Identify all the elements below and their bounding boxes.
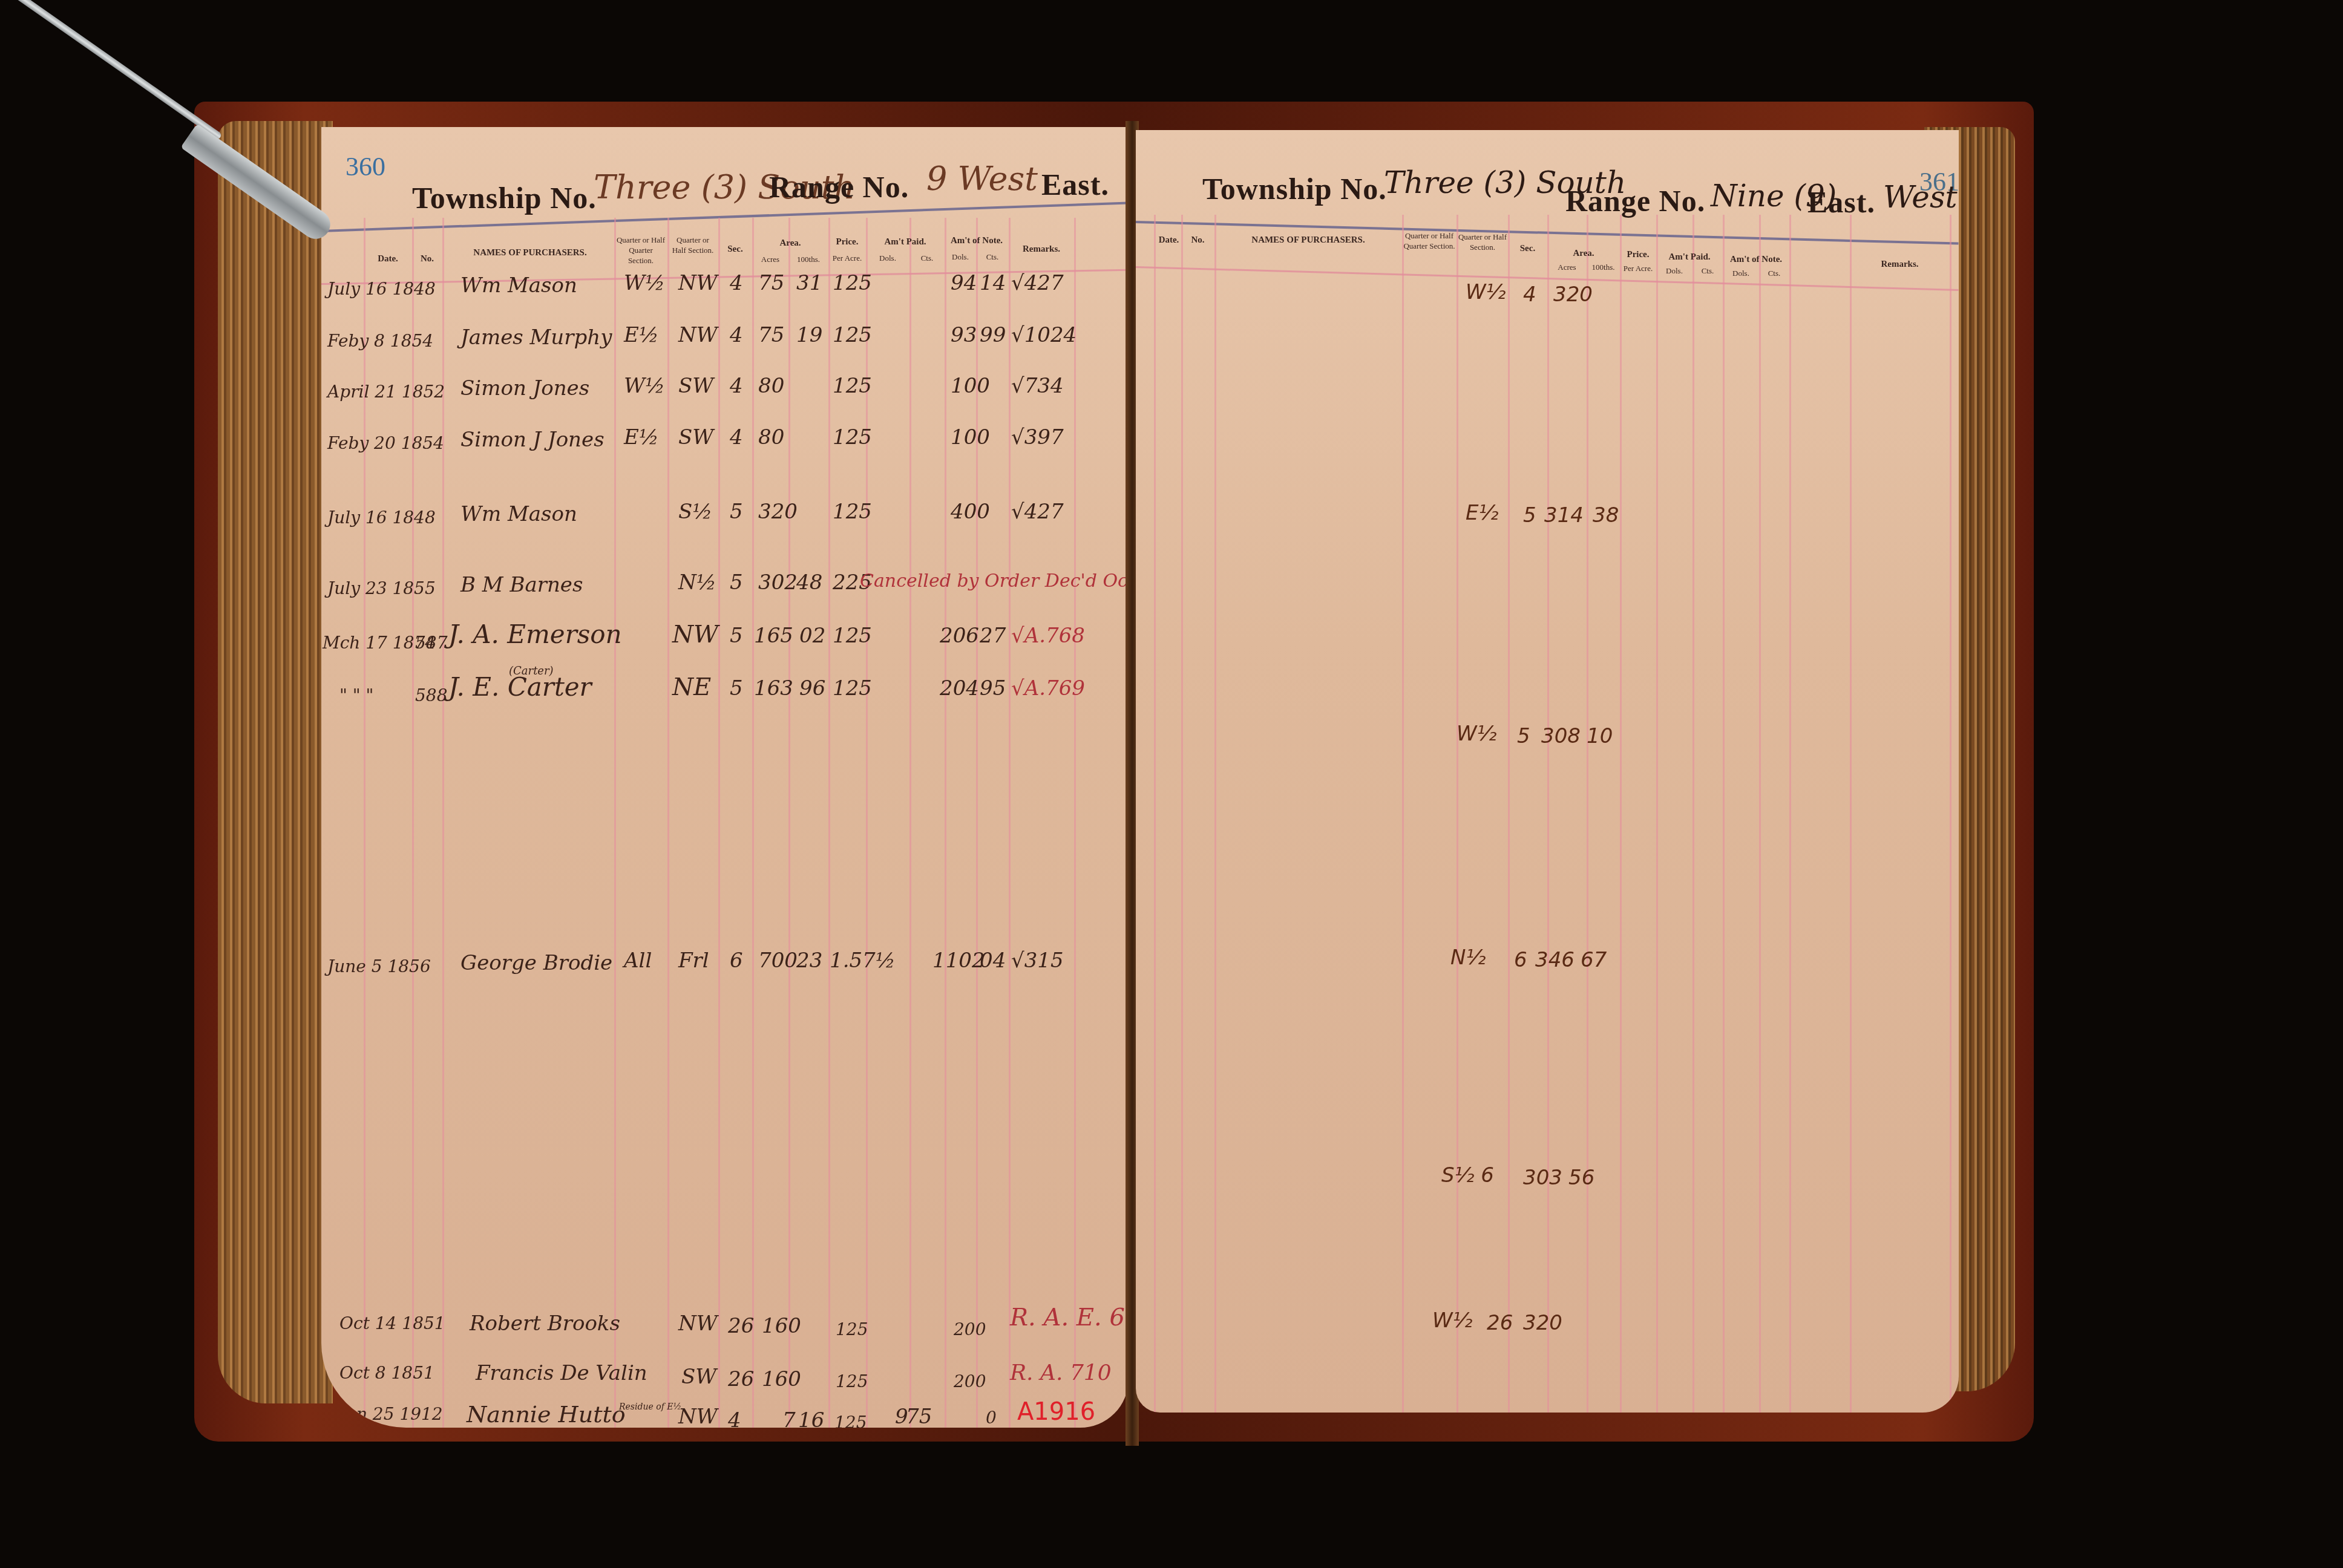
row-qh: NW — [678, 1313, 718, 1334]
col-amt-note: Am't of Note. — [945, 236, 1009, 246]
row-date: Oct 8 1851 — [339, 1362, 434, 1384]
row-price: 125 — [833, 272, 872, 294]
row-remarks: √A.769 — [1011, 678, 1085, 699]
row-remarks: √1024 — [1011, 324, 1076, 346]
row-qh: NW — [678, 272, 718, 294]
row-remarks: R. A. 710 — [1010, 1362, 1112, 1384]
row-sec: 5 — [730, 678, 743, 699]
row-acres: 320 — [1523, 1312, 1562, 1334]
row-qhq: All — [624, 950, 652, 972]
row-note-cts: 0 — [986, 1407, 997, 1428]
row-acres: 302 — [758, 572, 798, 593]
table-row: Oct 14 1851 Robert Brooks NW 26 160 125 … — [321, 1313, 1129, 1349]
row-sec: 4 — [730, 426, 743, 448]
row-name: James Murphy — [460, 327, 612, 348]
row-hundredths: 48 — [796, 572, 822, 593]
row-note-dols: 94 — [951, 272, 977, 294]
row-qhq: Residue of E½ — [619, 1396, 681, 1418]
row-price: 1.57½ — [830, 950, 896, 972]
row-date: " " " — [339, 685, 373, 707]
page-header: Township No. Three (3) South Range No. 9… — [412, 163, 1126, 218]
row-remarks: R. A. E. 695 — [1010, 1307, 1129, 1328]
row-note-dols: 100 — [951, 426, 990, 448]
range-value: 9 West — [926, 160, 1038, 198]
row-acres: 303 — [1523, 1167, 1562, 1189]
row-note-dols: 400 — [951, 501, 990, 523]
row-date: July 16 1848 — [327, 278, 436, 300]
right-page: 361 Township No. Three (3) South Range N… — [1136, 130, 1959, 1413]
table-row: Oct 8 1851 Francis De Valin SW 26 160 12… — [321, 1362, 1129, 1399]
row-date: Oct 14 1851 — [339, 1313, 445, 1334]
row-price: 125 — [833, 324, 872, 346]
row-name: Wm Mason — [460, 503, 577, 525]
row-sec: 4 — [730, 375, 743, 397]
row-qh: W½ — [1432, 1310, 1473, 1331]
row-sec: 6 — [1514, 949, 1527, 971]
row-note-dols: 93 — [951, 324, 977, 346]
row-hundredths: 19 — [796, 324, 822, 346]
row-qh: S½ 6 — [1441, 1165, 1494, 1186]
page-number: 360 — [346, 151, 385, 182]
row-acres: 160 — [762, 1368, 801, 1390]
row-acres: 700 — [758, 950, 798, 972]
col-amt-paid-cts: Cts. — [909, 253, 945, 263]
row-qh: NW — [678, 324, 718, 346]
col-quarter-half-quarter: Quarter or Half Quarter Section. — [1403, 230, 1455, 251]
row-sec: 26 — [1487, 1312, 1513, 1334]
row-acres: 160 — [762, 1315, 801, 1337]
row-remarks: √A.768 — [1011, 625, 1085, 647]
col-price: Price. — [1620, 250, 1656, 260]
table-row: Feby 20 1854 Simon J Jones E½ SW 4 80 12… — [321, 433, 1129, 469]
table-row: June 5 1856 George Brodie All Frl 6 700 … — [321, 956, 1129, 992]
row-qh: NE — [672, 676, 711, 698]
row-name: J. A. Emerson — [448, 624, 622, 645]
row-qhq: E½ — [624, 426, 659, 448]
row-acres: 75 — [758, 272, 784, 294]
township-label: Township No. — [412, 180, 597, 215]
table-row: Jan 25 1912 Nannie Hutto Residue of E½ N… — [321, 1410, 1129, 1428]
knife-handle — [10, 0, 223, 140]
col-amt-note-cts: Cts. — [976, 252, 1009, 262]
row-qh: E½ — [1466, 502, 1498, 524]
col-remarks: Remarks. — [1009, 244, 1074, 255]
column-header-row: Date. No. NAMES OF PURCHASERS. Quarter o… — [321, 230, 1129, 284]
row-sec: 4 — [730, 324, 743, 346]
row-acres: 7 — [782, 1410, 796, 1428]
row-sec: 5 — [730, 501, 743, 523]
row-acres: 308 — [1541, 725, 1581, 747]
row-note-dols: 200 — [954, 1319, 986, 1341]
row-name: Wm Mason — [460, 275, 577, 296]
row-name: Francis De Valin — [476, 1362, 647, 1384]
row-date: April 21 1852 — [327, 381, 445, 403]
table-row: E½ 5 314 38 — [1136, 502, 1959, 532]
row-date: Feby 20 1854 — [327, 433, 444, 454]
row-note-dols: 204 — [940, 678, 979, 699]
row-hundredths: 16 — [798, 1410, 824, 1428]
row-qh: SW — [678, 375, 713, 397]
range-label: Range No. — [769, 169, 909, 204]
row-qh: SW — [681, 1366, 716, 1388]
col-amt-paid-dols: Dols. — [1656, 266, 1693, 276]
table-row: S½ 6 303 56 — [1136, 1165, 1959, 1195]
row-note-dols: 206 — [940, 625, 979, 647]
col-amt-note: Am't of Note. — [1723, 255, 1789, 265]
row-sec: 5 — [1523, 505, 1536, 526]
row-remarks-cancelled: Cancelled by Order Dec'd Oct 20 1873 — [860, 570, 1129, 592]
table-row: Mch 17 1874 587 J. A. Emerson NW 5 165 0… — [321, 632, 1129, 668]
column-rulings — [1136, 215, 1959, 1413]
row-date: July 23 1855 — [327, 578, 436, 599]
col-date: Date. — [367, 254, 409, 264]
row-paid-cts: 75 — [906, 1406, 932, 1428]
row-name: Simon J Jones — [460, 429, 605, 451]
col-quarter-half: Quarter or Half Section. — [1458, 232, 1507, 252]
col-area-acres: Acres — [1547, 262, 1587, 272]
table-row: Feby 8 1854 James Murphy E½ NW 4 75 19 1… — [321, 330, 1129, 367]
col-names: NAMES OF PURCHASERS. — [1221, 235, 1396, 246]
direction-handwritten: West — [1883, 180, 1958, 215]
row-no: 588 — [415, 685, 447, 707]
row-price: 125 — [836, 1371, 868, 1393]
table-row: " " " 588 J. E. Carter (Carter) NE 5 163… — [321, 685, 1129, 721]
col-amt-paid: Am't Paid. — [1656, 252, 1723, 263]
row-remarks: A1916 — [1017, 1401, 1095, 1423]
row-date: July 16 1848 — [327, 507, 436, 529]
row-note-cts: 14 — [980, 272, 1006, 294]
col-amt-note-dols: Dols. — [945, 252, 976, 262]
row-price: 125 — [833, 375, 872, 397]
row-acres: 314 — [1544, 505, 1584, 526]
row-qh: NW — [678, 1406, 718, 1428]
col-sec: Sec. — [1508, 244, 1547, 254]
col-no: No. — [412, 254, 442, 264]
table-row: July 16 1848 Wm Mason S½ 5 320 125 400 √… — [321, 507, 1129, 543]
col-quarter-half-quarter: Quarter or Half Quarter Section. — [615, 235, 666, 266]
row-qhq: E½ — [624, 324, 659, 346]
row-acres: 320 — [1553, 284, 1593, 305]
row-name: Simon Jones — [460, 377, 589, 399]
row-qh: N½ — [678, 572, 716, 593]
row-name: B M Barnes — [460, 574, 583, 596]
row-qh: NW — [672, 624, 718, 645]
row-qhq: W½ — [624, 375, 665, 397]
col-sec: Sec. — [718, 244, 752, 255]
column-header-row: Date. No. NAMES OF PURCHASERS. Quarter o… — [1136, 227, 1959, 281]
table-row: July 23 1855 B M Barnes N½ 5 302 48 225 … — [321, 578, 1129, 614]
row-price: 125 — [834, 1412, 867, 1428]
col-amt-note-cts: Cts. — [1759, 268, 1789, 278]
row-note-cts: 95 — [980, 678, 1006, 699]
row-name-note: (Carter) — [509, 661, 554, 682]
col-price: Price. — [828, 237, 866, 247]
row-qhq: W½ — [624, 272, 665, 294]
table-row: N½ 6 346 67 — [1136, 947, 1959, 977]
left-page-block-edge — [218, 121, 333, 1403]
row-qh: SW — [678, 426, 713, 448]
col-area-100ths: 100ths. — [788, 254, 828, 264]
row-sec: 4 — [730, 272, 743, 294]
row-sec: 6 — [730, 950, 743, 972]
col-no: No. — [1181, 235, 1214, 246]
col-date: Date. — [1155, 235, 1182, 246]
row-hundredths: 02 — [799, 625, 825, 647]
table-row: July 16 1848 Wm Mason W½ NW 4 75 31 125 … — [321, 278, 1129, 315]
row-sec: 26 — [728, 1315, 754, 1337]
row-hundredths: 38 — [1593, 505, 1619, 526]
row-no: 587 — [415, 632, 447, 654]
row-qh: Frl — [678, 950, 709, 972]
row-acres: 80 — [758, 426, 784, 448]
row-name: George Brodie — [460, 952, 612, 974]
row-note-dols: 1102 — [932, 950, 985, 972]
direction-label: East. — [1041, 167, 1109, 202]
col-price-per-acre: Per Acre. — [828, 253, 866, 263]
table-row: April 21 1852 Simon Jones W½ SW 4 80 125… — [321, 381, 1129, 417]
row-note-dols: 100 — [951, 375, 990, 397]
row-sec: 4 — [728, 1410, 741, 1428]
left-page: 360 Township No. Three (3) South Range N… — [321, 127, 1129, 1428]
row-acres: 346 — [1535, 949, 1575, 971]
row-acres: 165 — [754, 625, 793, 647]
row-note-cts: 04 — [980, 950, 1006, 972]
row-hundredths: 23 — [796, 950, 822, 972]
row-price: 125 — [833, 501, 872, 523]
row-sec: 5 — [730, 572, 743, 593]
row-sec: 4 — [1523, 284, 1536, 305]
row-price: 125 — [833, 625, 872, 647]
col-area-100ths: 100ths. — [1587, 262, 1620, 272]
row-hundredths: 10 — [1587, 725, 1613, 747]
col-amt-paid-cts: Cts. — [1693, 266, 1723, 276]
row-qh: W½ — [1466, 281, 1506, 303]
row-price: 125 — [833, 678, 872, 699]
col-remarks: Remarks. — [1850, 260, 1950, 270]
row-hundredths: 31 — [796, 272, 822, 294]
row-name: Robert Brooks — [470, 1313, 620, 1334]
row-qh: W½ — [1457, 723, 1497, 745]
col-area: Area. — [752, 238, 828, 249]
table-row: W½ 5 308 10 — [1136, 723, 1959, 753]
row-acres: 75 — [758, 324, 784, 346]
row-qh: S½ — [678, 501, 712, 523]
row-price: 125 — [833, 426, 872, 448]
row-date: June 5 1856 — [327, 956, 431, 978]
col-price-per-acre: Per Acre. — [1620, 263, 1656, 273]
row-acres: 80 — [758, 375, 784, 397]
col-names: NAMES OF PURCHASERS. — [448, 248, 612, 258]
row-acres: 320 — [758, 501, 798, 523]
row-hundredths: 96 — [799, 678, 825, 699]
col-area: Area. — [1547, 249, 1620, 259]
col-amt-paid: Am't Paid. — [866, 237, 945, 247]
row-qh: N½ — [1450, 947, 1486, 969]
row-note-cts: 99 — [980, 324, 1006, 346]
row-name: Nannie Hutto — [467, 1403, 626, 1425]
row-acres: 163 — [754, 678, 793, 699]
row-remarks: √397 — [1011, 426, 1064, 448]
row-sec: 26 — [728, 1368, 754, 1390]
row-sec: 5 — [1517, 725, 1530, 747]
township-label: Township No. — [1202, 171, 1387, 206]
row-hundredths: 67 — [1581, 949, 1607, 971]
row-sec: 5 — [730, 625, 743, 647]
range-label: Range No. — [1565, 183, 1705, 218]
table-row: W½ 4 320 — [1136, 281, 1959, 312]
row-hundredths: 56 — [1568, 1167, 1594, 1189]
row-note-cts: 27 — [980, 625, 1006, 647]
col-amt-note-dols: Dols. — [1723, 268, 1759, 278]
row-remarks: √734 — [1011, 375, 1064, 397]
row-date: Jan 25 1912 — [339, 1403, 443, 1425]
col-quarter-half: Quarter or Half Section. — [669, 235, 717, 255]
table-row: W½ 26 320 — [1136, 1310, 1959, 1340]
row-remarks: √427 — [1011, 272, 1064, 294]
col-area-acres: Acres — [752, 254, 788, 264]
row-remarks: √315 — [1011, 950, 1064, 972]
row-note-dols: 200 — [954, 1371, 986, 1393]
row-date: Feby 8 1854 — [327, 330, 433, 352]
row-price: 125 — [836, 1319, 868, 1341]
col-amt-paid-dols: Dols. — [866, 253, 909, 263]
row-remarks: √427 — [1011, 501, 1064, 523]
